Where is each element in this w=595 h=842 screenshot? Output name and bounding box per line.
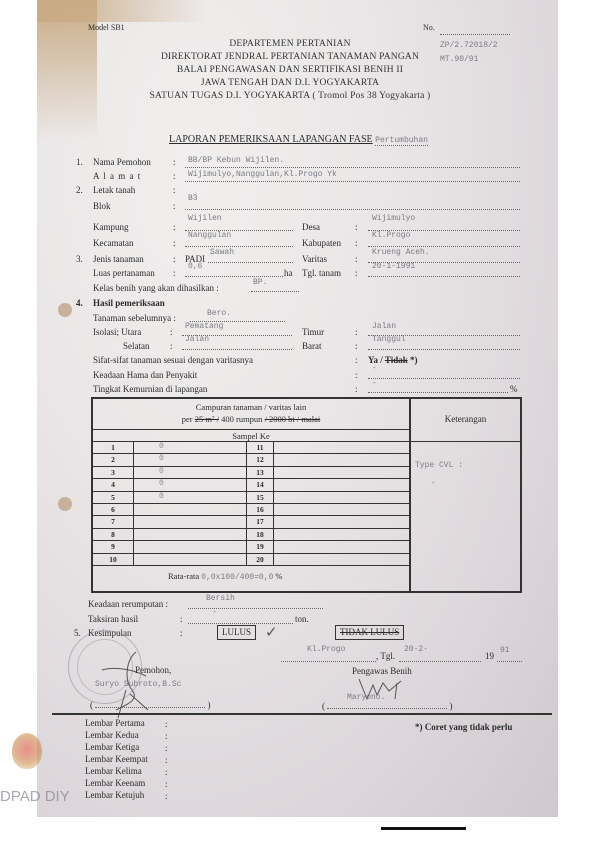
colon: : [180, 614, 183, 624]
sample-no: 19 [250, 542, 270, 551]
pemohon-label: Pemohon, [135, 665, 171, 675]
luas-unit: ha [284, 268, 293, 278]
ref-number-2: MT.90/91 [440, 55, 478, 64]
table-header-line-2: per 25 m² / 400 rumpun / 2000 bt / malai [93, 414, 409, 424]
taksiran-unit: ton. [295, 614, 309, 624]
pemohon-name: Suryo Subroto,B.Sc [95, 680, 181, 689]
sample-no: 20 [250, 555, 270, 564]
tanaman-sebelumnya-field[interactable] [190, 311, 285, 322]
punch-hole [58, 497, 72, 511]
colon: : [173, 254, 176, 264]
timur-value: Jalan [372, 322, 396, 331]
jenis-tanaman-label: Jenis tanaman [93, 254, 144, 264]
barat-value: Tanggul [372, 335, 406, 344]
header-line-4: JAWA TENGAH DAN D.I. YOGYAKARTA [140, 78, 440, 88]
check-mark-icon: ✓ [265, 623, 278, 642]
tgl-tanam-value: 20-1-1991 [372, 262, 415, 271]
taksiran-label: Taksiran hasil [88, 614, 138, 624]
sample-no: 8 [103, 530, 123, 539]
sample-table: Campuran tanaman / varitas lain per 25 m… [91, 397, 522, 593]
colon: : [355, 355, 358, 365]
footnote: *) Coret yang tidak perlu [415, 722, 512, 732]
colon: : [355, 254, 358, 264]
selatan-value: Jalan [185, 335, 209, 344]
rata-rata: Rata-rata 0,0x100/400=0,0 % [168, 571, 283, 582]
lembar-item: Lembar Kelima [85, 766, 142, 776]
colon: : [355, 370, 358, 380]
header-line-5: SATUAN TUGAS D.I. YOGYAKARTA ( Tromol Po… [110, 91, 470, 101]
alamat-value: Wijimulyo,Nanggulan,Kl.Progo Yk [188, 170, 337, 179]
tgl-value: 20-2- [404, 645, 428, 654]
sifat-tidak: Tidak [385, 355, 408, 365]
nama-pemohon-label: Nama Pemohon [93, 157, 151, 167]
kemurnian-field[interactable] [368, 382, 508, 393]
lulus-option[interactable]: LULUS [217, 625, 256, 640]
sample-no: 5 [103, 493, 123, 502]
luas-value: 0,6 [188, 262, 202, 271]
utara-value: Pematang [185, 322, 223, 331]
colon: : [170, 341, 173, 351]
sample-no: 13 [250, 468, 270, 477]
section-number: 4. [76, 298, 83, 308]
isolasi-utara-label: Isolasi; Utara [93, 327, 141, 337]
sample-no: 11 [250, 443, 270, 452]
colon: : [355, 341, 358, 351]
paper-stain [37, 0, 207, 22]
sample-value[interactable]: 0 [159, 467, 164, 476]
colon: : [355, 238, 358, 248]
divider-line [52, 713, 552, 715]
punch-hole [58, 303, 72, 317]
colon: : [180, 628, 183, 638]
kampung-label: Kampung [93, 222, 129, 232]
header-strike-malai: / 2000 bt / malai [265, 414, 321, 424]
form-title-label: LAPORAN PEMERIKSAAN LAPANGAN FASE [169, 134, 373, 145]
pengawas-label: Pengawas Benih [352, 666, 412, 676]
tidak-lulus-option[interactable]: TIDAK LULUS [335, 625, 404, 640]
section-number: 2. [76, 185, 83, 195]
section-number: 5. [74, 628, 81, 638]
colon: : [173, 157, 176, 167]
fase-value[interactable]: Pertumbuhan [375, 136, 428, 146]
lembar-item: Lembar Kedua [85, 730, 139, 740]
kampung-value: Wijilen [188, 214, 222, 223]
tanaman-sebelumnya-label: Tanaman sebelumnya : [93, 313, 176, 323]
kemurnian-unit: % [510, 384, 518, 394]
blok-field[interactable] [185, 199, 520, 210]
header-rumpun: 400 rumpun [221, 414, 262, 424]
kecamatan-label: Kecamatan [93, 238, 133, 248]
section-number: 3. [76, 254, 83, 264]
sample-no: 12 [250, 455, 270, 464]
lembar-item: Lembar Keenam [85, 778, 145, 788]
sample-no: 9 [103, 542, 123, 551]
blok-label: Blok [93, 201, 111, 211]
sample-no: 15 [250, 493, 270, 502]
selatan-label: Selatan [123, 341, 150, 351]
sifat-note: *) [410, 355, 418, 365]
table-divider [93, 441, 520, 442]
sample-value[interactable]: 0 [159, 454, 164, 463]
table-divider [93, 429, 409, 430]
header-line-1: DEPARTEMEN PERTANIAN [140, 39, 440, 49]
lembar-item: Lembar Pertama [85, 718, 145, 728]
hasil-pemeriksaan-label: Hasil pemeriksaan [93, 298, 165, 308]
header-strike-area: 25 m² / [195, 414, 219, 424]
alamat-label: A l a m a t [93, 171, 141, 181]
kabupaten-label: Kabupaten [302, 238, 341, 248]
sifat-label: Sifat-sifat tanaman sesuai dengan varita… [93, 355, 253, 365]
model-label: Model SB1 [88, 23, 125, 32]
sampel-ke-label: Sampel Ke [93, 431, 409, 441]
varitas-value: Krueng Aceh. [372, 248, 430, 257]
sample-no: 17 [250, 517, 270, 526]
kecamatan-value: Nanggulan [188, 231, 231, 240]
nama-pemohon-value: BB/BP Kebun Wijilen. [188, 156, 284, 165]
header-per: per [182, 414, 193, 424]
dpad-emblem-icon [12, 733, 42, 769]
watermark: DPAD DIY [0, 788, 70, 805]
colon: : [355, 327, 358, 337]
pemohon-sign-line[interactable]: ( ) [90, 699, 211, 710]
sample-no: 4 [103, 480, 123, 489]
section-number: 1. [76, 157, 83, 167]
form-title: LAPORAN PEMERIKSAAN LAPANGAN FASE Pertum… [169, 134, 428, 145]
sample-no: 6 [103, 505, 123, 514]
sample-no: 1 [103, 443, 123, 452]
barat-label: Barat [302, 341, 322, 351]
desa-value: Wijimulyo [372, 214, 415, 223]
header-line-2: DIREKTORAT JENDRAL PERTANIAN TANAMAN PAN… [140, 52, 440, 62]
year-value: 91 [500, 646, 510, 655]
keterangan-value: Type CVL : [415, 461, 463, 470]
colon: : [355, 384, 358, 394]
lembar-item: Lembar Ketiga [85, 742, 139, 752]
kemurnian-value: - [372, 379, 377, 388]
lembar-item: Lembar Ketujuh [85, 790, 144, 800]
tgl-tanam-label: Tgl. tanam [302, 268, 341, 278]
sample-value[interactable]: 0 [159, 442, 164, 451]
colon: : [173, 222, 176, 232]
ref-number-1: ZP/2.72018/2 [440, 41, 498, 50]
hama-label: Keadaan Hama dan Penyakit [93, 370, 197, 380]
kemurnian-label: Tingkat Kemurnian di lapangan [93, 384, 207, 394]
header-line-3: BALAI PENGAWASAN DAN SERTIFIKASI BENIH I… [140, 65, 440, 75]
colon: : [355, 222, 358, 232]
sample-value[interactable]: 0 [159, 479, 164, 488]
jenis-tanaman-value: Sawah [210, 248, 234, 257]
sample-no: 18 [250, 530, 270, 539]
taksiran-value: - [212, 608, 217, 617]
table-divider [409, 399, 411, 591]
rata-rata-label: Rata-rata [168, 571, 199, 581]
kelas-benih-value: BP. [253, 278, 267, 287]
sample-no: 3 [103, 468, 123, 477]
sample-value[interactable]: 0 [159, 492, 164, 501]
tgl-label: , Tgl. [376, 651, 395, 661]
hama-value: - [372, 364, 377, 373]
colon: : [355, 268, 358, 278]
colon: : [173, 171, 176, 181]
table-header-line-1: Campuran tanaman / varitas lain [93, 402, 409, 412]
colon: : [173, 268, 176, 278]
hama-field[interactable] [368, 368, 520, 379]
sample-no: 7 [103, 517, 123, 526]
luas-pertanaman-label: Luas pertanaman [93, 268, 155, 278]
colon: : [173, 201, 176, 211]
footer-bar [381, 827, 466, 830]
sample-no: 2 [103, 455, 123, 464]
rerumputan-value: Bersih [206, 594, 235, 603]
no-label: No. [423, 23, 435, 32]
rerumputan-label: Keadaan rerumputan : [88, 599, 168, 609]
pengawas-sign-line[interactable]: ( ) [322, 700, 453, 711]
keterangan-label: Keterangan [411, 414, 520, 424]
varitas-label: Varitas [302, 254, 327, 264]
colon: : [173, 185, 176, 195]
rata-rata-unit: % [275, 571, 282, 581]
sample-no: 10 [103, 555, 123, 564]
tanaman-sebelumnya-value: Bero. [207, 309, 231, 318]
sample-no: 14 [250, 480, 270, 489]
rata-rata-value: 0,0x100/400=0,0 [201, 573, 273, 582]
sample-no: 16 [250, 505, 270, 514]
place-value: Kl.Progo [307, 645, 345, 654]
timur-label: Timur [302, 327, 324, 337]
no-field [440, 24, 510, 35]
lembar-item: Lembar Keempat [85, 754, 148, 764]
keterangan-value-2: - [431, 479, 436, 488]
year-prefix: 19 [485, 651, 494, 661]
kelas-benih-label: Kelas benih yang akan dihasilkan : [93, 283, 219, 293]
colon: : [173, 238, 176, 248]
lembar-colons: ::::::: [165, 718, 168, 802]
letak-tanah-label: Letak tanah [93, 185, 135, 195]
colon: : [170, 327, 173, 337]
kabupaten-value: Kl.Progo [372, 231, 410, 240]
blok-value: B3 [188, 194, 198, 203]
desa-label: Desa [302, 222, 320, 232]
